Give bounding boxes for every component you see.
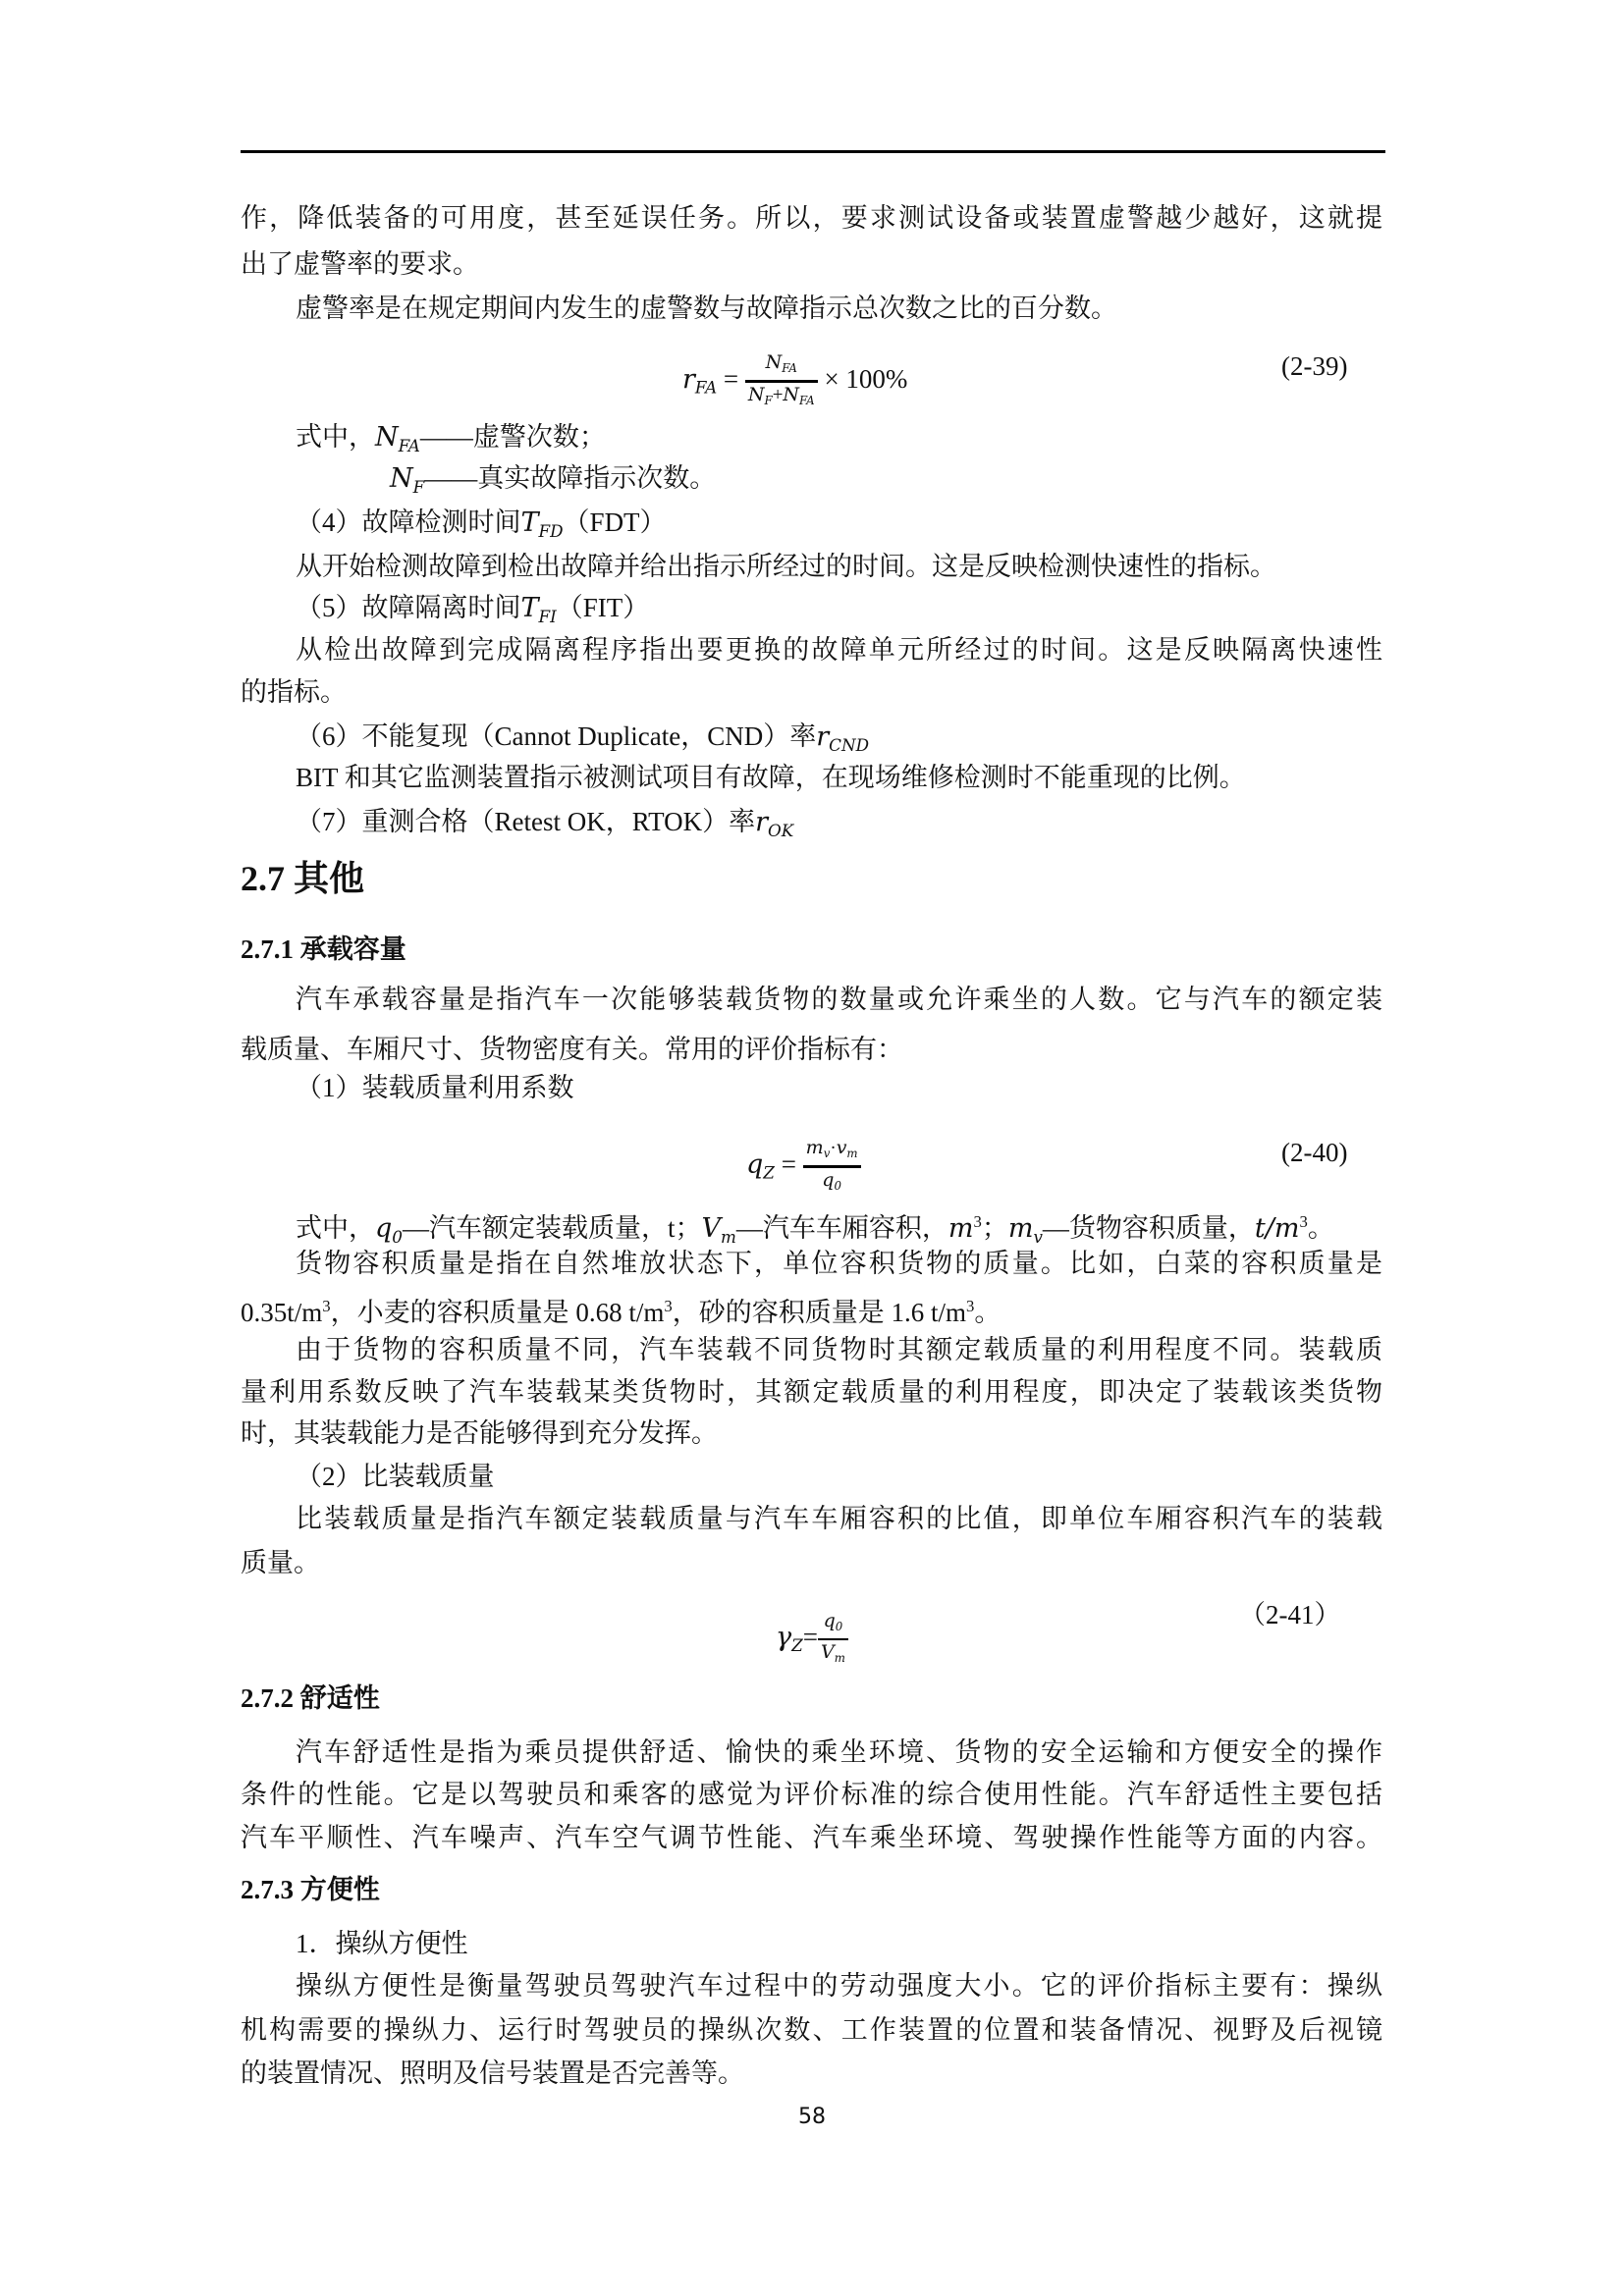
paragraph-line: 条件的性能。它是以驾驶员和乘客的感觉为评价标准的综合使用性能。汽车舒适性主要包括 [241, 1778, 1382, 1811]
paragraph-line: 虚警率是在规定期间内发生的虚警数与故障指示总次数之比的百分数。 [296, 292, 1382, 325]
equation-number: (2-39) [1281, 349, 1347, 383]
paragraph-line: 0.35t/m3，小麦的容积质量是 0.68 t/m3，砂的容积质量是 1.6 … [241, 1290, 1382, 1329]
paragraph-line: BIT 和其它监测装置指示被测试项目有故障，在现场维修检测时不能重现的比例。 [296, 761, 1382, 794]
paragraph-line: 由于货物的容积质量不同，汽车装载不同货物时其额定载质量的利用程度不同。装载质 [296, 1333, 1382, 1366]
list-item-heading: （7）重测合格（Retest OK，RTOK）率rOK [296, 805, 1382, 847]
subsection-heading-2-7-2: 2.7.2 舒适性 [241, 1682, 1382, 1715]
list-item-heading: （1）装载质量利用系数 [296, 1071, 1382, 1104]
list-item-heading: （4）故障检测时间TFD（FDT） [296, 506, 1382, 548]
paragraph-line: 汽车舒适性是指为乘员提供舒适、愉快的乘坐环境、货物的安全运输和方便安全的操作 [296, 1735, 1382, 1769]
paragraph-line: 从开始检测故障到检出故障并给出指示所经过的时间。这是反映检测快速性的指标。 [296, 550, 1382, 583]
equation-2-41: γZ= q0 Vm [776, 1609, 848, 1670]
paragraph-line: 的装置情况、照明及信号装置是否完善等。 [241, 2056, 1382, 2090]
variable-definition: 式中，NFA——虚警次数； [296, 420, 1382, 462]
subsection-heading-2-7-3: 2.7.3 方便性 [241, 1873, 1382, 1906]
fraction: NFA NF+NFA [745, 350, 818, 412]
equation-2-40: qZ = mv·vm q0 [746, 1136, 861, 1198]
paragraph-line: 时，其装载能力是否能够得到充分发挥。 [241, 1416, 1382, 1450]
paragraph-line: 载质量、车厢尺寸、货物密度有关。常用的评价指标有： [241, 1033, 1382, 1066]
paragraph-line: 汽车承载容量是指汽车一次能够装载货物的数量或允许乘坐的人数。它与汽车的额定装 [296, 983, 1382, 1016]
subsection-heading-2-7-1: 2.7.1 承载容量 [241, 933, 1382, 966]
paragraph-line: 的指标。 [241, 675, 1382, 709]
fraction: q0 Vm [818, 1609, 848, 1670]
equation-number: （2-41） [1239, 1598, 1341, 1631]
header-rule [241, 150, 1385, 153]
paragraph-line: 从检出故障到完成隔离程序指出要更换的故障单元所经过的时间。这是反映隔离快速性 [296, 633, 1382, 667]
list-item-heading: 1．操纵方便性 [296, 1927, 1382, 1960]
variable-definition: NF——真实故障指示次数。 [297, 461, 1532, 504]
list-item-heading: （6）不能复现（Cannot Duplicate，CND）率rCND [296, 720, 1382, 762]
section-heading-2-7: 2.7 其他 [241, 857, 1382, 900]
paragraph-line: 量利用系数反映了汽车装载某类货物时，其额定载质量的利用程度，即决定了装载该类货物 [241, 1375, 1382, 1409]
paragraph-line: 货物容积质量是指在自然堆放状态下，单位容积货物的质量。比如，白菜的容积质量是 [296, 1247, 1382, 1280]
equation-2-39: rFA = NFA NF+NFA × 100% [682, 350, 907, 412]
list-item-heading: （5）故障隔离时间TFI（FIT） [296, 591, 1382, 633]
paragraph-line: 操纵方便性是衡量驾驶员驾驶汽车过程中的劳动强度大小。它的评价指标主要有：操纵 [296, 1969, 1382, 2002]
paragraph-line: 作，降低装备的可用度，甚至延误任务。所以，要求测试设备或装置虚警越少越好，这就提 [241, 201, 1382, 235]
paragraph-line: 汽车平顺性、汽车噪声、汽车空气调节性能、汽车乘坐环境、驾驶操作性能等方面的内容。 [241, 1821, 1382, 1854]
paragraph-line: 质量。 [241, 1546, 1382, 1579]
fraction: mv·vm q0 [803, 1136, 861, 1198]
equation-number: (2-40) [1281, 1136, 1347, 1169]
page-number: 58 [0, 2105, 1624, 2129]
paragraph-line: 比装载质量是指汽车额定装载质量与汽车车厢容积的比值，即单位车厢容积汽车的装载 [296, 1502, 1382, 1535]
list-item-heading: （2）比装载质量 [296, 1460, 1382, 1493]
paragraph-line: 出了虚警率的要求。 [241, 247, 1382, 281]
paragraph-line: 机构需要的操纵力、运行时驾驶员的操纵次数、工作装置的位置和装备情况、视野及后视镜 [241, 2013, 1382, 2047]
